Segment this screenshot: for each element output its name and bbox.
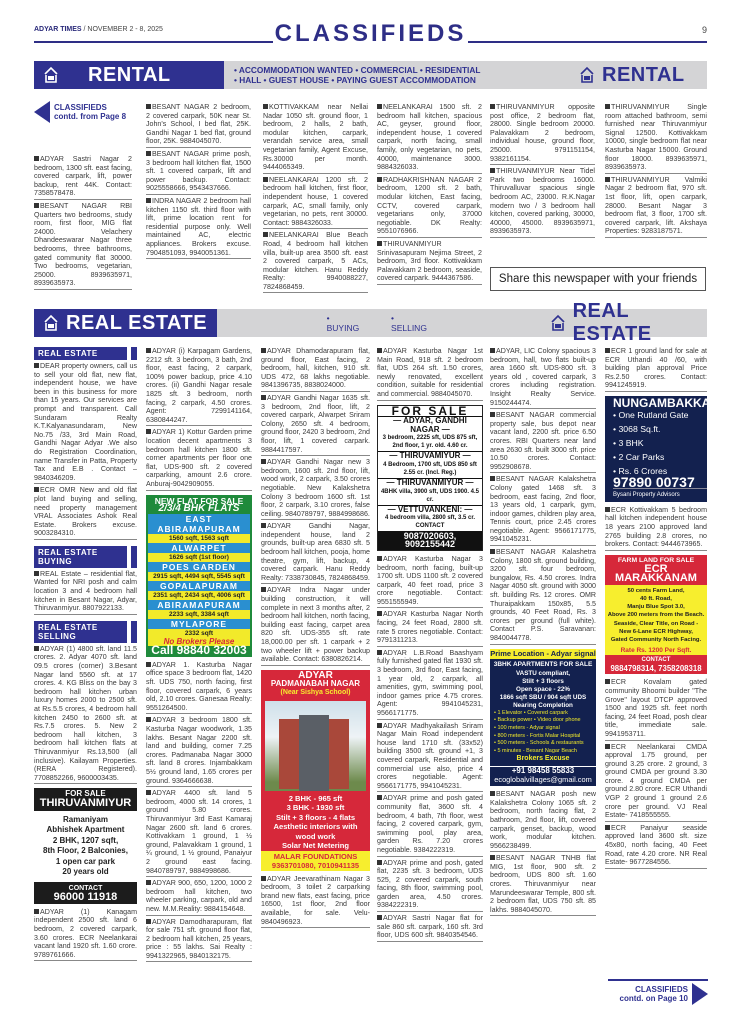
ad-line: Stilt + 3 floors - 4 flats bbox=[261, 813, 370, 823]
classified-ad: ECR Panaiyur seaside approved land 3600 … bbox=[605, 824, 707, 869]
location-detail: 1560 sqft, 1563 sqft bbox=[148, 534, 250, 543]
bullet-square-icon bbox=[377, 860, 382, 865]
classified-ad: RADHAKRISHNAN NAGAR 2 bedroom, 1200 sft.… bbox=[377, 176, 482, 238]
rental-title: RENTAL bbox=[88, 64, 171, 87]
classified-ad: ADYAR Damodharapuram, flat for sale 751 … bbox=[146, 918, 252, 963]
section-heading-selling: REAL ESTATESELLING bbox=[34, 621, 127, 643]
rental-column-6: THIRUVANMIYUR Single room attached bathr… bbox=[605, 103, 707, 240]
classified-ad: ECR Kottivakkam 5 bedroom hall kitchen i… bbox=[605, 506, 707, 551]
ad-line: Solar Net Metering bbox=[261, 841, 370, 851]
classified-ad: ECR OMR New and old flat plot land buyin… bbox=[34, 486, 137, 540]
contd-label: CLASSIFIEDS bbox=[620, 985, 688, 994]
classified-ad: ADYAR 3 bedroom 1800 sft. Kasturba Nagar… bbox=[146, 716, 252, 787]
classified-ad: ADYAR Kasturba Nagar 3 bedroom, north fa… bbox=[377, 555, 483, 609]
share-newspaper-box: Share this newspaper with your friends bbox=[490, 267, 706, 291]
classified-ad: ADYAR Sastri Nagar flat for sale 860 sft… bbox=[377, 914, 483, 942]
ad-line: • 1 Elevator • Covered carpark bbox=[494, 710, 596, 718]
bullet-square-icon bbox=[605, 104, 610, 109]
categories-line-2: • HALL • GUEST HOUSE • PAYING GUEST ACCO… bbox=[234, 75, 534, 85]
bullet-square-icon bbox=[377, 104, 382, 109]
classified-ad: KOTTIVAKKAM near Nellai Nadar 1050 sft. … bbox=[263, 103, 368, 174]
sale-detail: 3 bedroom, 2225 sft, UDS 875 sft, 2nd fl… bbox=[378, 434, 482, 450]
realestate-column-1: REAL ESTATE DEAR property owners, call u… bbox=[34, 347, 137, 963]
bullet-square-icon bbox=[377, 650, 382, 655]
realestate-title: REAL ESTATE bbox=[66, 312, 207, 335]
ad-line: 8th Floor, 2 Balconies, bbox=[34, 846, 137, 857]
realestate-title-right-text: REAL ESTATE bbox=[573, 300, 707, 346]
contd-page: contd. from Page 8 bbox=[54, 112, 126, 121]
ad-line: Seaside, Clear Title, on Road - bbox=[605, 620, 707, 628]
bullet-square-icon bbox=[146, 151, 151, 156]
classified-ad: ECR Kovalam gated community Bhoomi build… bbox=[605, 678, 707, 740]
ad-line: Manju Blue Spot 3.0, bbox=[605, 603, 707, 611]
bullet-square-icon bbox=[377, 795, 382, 800]
classified-ad: BESANT NAGAR Kalashetra Colony, 1800 sft… bbox=[490, 548, 596, 645]
classified-ad: ADYAR, LIC Colony spacious 3 bedroom, ha… bbox=[490, 347, 596, 409]
bullet-square-icon bbox=[605, 744, 610, 749]
house-icon bbox=[549, 314, 567, 332]
bullet-square-icon bbox=[605, 825, 610, 830]
bullet-square-icon bbox=[34, 487, 39, 492]
ad-line: Abhishek Apartment bbox=[34, 825, 137, 836]
ad-line: • 800 meters - Fortis Malar Hospital bbox=[494, 733, 596, 741]
bullet-square-icon bbox=[490, 348, 495, 353]
contd-on-page-10[interactable]: CLASSIFIEDScontd. on Page 10 bbox=[608, 979, 708, 1005]
classified-ad: ADYAR Jeevarathinam Nagar 3 bedroom, 3 t… bbox=[261, 875, 370, 929]
classified-ad: ADYAR Gandhi Nagar, independent house, l… bbox=[261, 522, 370, 584]
ad-line: • 100 meters - Adyar signal bbox=[494, 725, 596, 733]
classified-ad: THIRUVANMIYUR Single room attached bathr… bbox=[605, 103, 707, 174]
realestate-column-4: ADYAR Kasturba Nagar 1st Main Road, 918 … bbox=[377, 347, 483, 944]
ad-line: Open space - 22% bbox=[490, 686, 596, 694]
bullet-square-icon bbox=[377, 611, 382, 616]
classified-ad: ADYAR prime and posh gated community fla… bbox=[377, 794, 483, 856]
bullet-square-icon bbox=[490, 476, 495, 481]
classified-ad: NEELANKARAI 1200 sft. 2 bedroom hall kit… bbox=[263, 176, 368, 230]
classified-ad: DEAR property owners, call us to sell yo… bbox=[34, 362, 137, 484]
classified-ad: THIRUVANMIYUR opposite post office, 2 be… bbox=[490, 103, 595, 165]
bullet-square-icon bbox=[261, 348, 266, 353]
classified-ad: ADYAR 1. Kasturba Nagar office space 3 b… bbox=[146, 661, 252, 715]
ad-line: Stilt + 3 floors bbox=[490, 678, 596, 686]
classified-ad: THIRUVANMIYUR Near Tidel Park two bedroo… bbox=[490, 167, 595, 238]
bullet-square-icon bbox=[146, 919, 151, 924]
realestate-column-3: ADYAR Dhamodarapuram flat, ground floor,… bbox=[261, 347, 370, 930]
realestate-column-6: ECR 1 ground land for sale at ECR Uthand… bbox=[605, 347, 707, 871]
rental-column-4: NEELANKARAI 1500 sft. 2 bedroom hall kit… bbox=[377, 103, 482, 287]
bullet-square-icon bbox=[146, 790, 151, 795]
ad-line: Gated Community North Facing. bbox=[605, 636, 707, 644]
ad-line: 3 BHK - 1930 sft bbox=[261, 803, 370, 813]
bullet-square-icon bbox=[605, 348, 610, 353]
bullet-square-icon bbox=[146, 429, 151, 434]
classified-ad: ADYAR 900, 650, 1200, 1000 2 bedroom hal… bbox=[146, 879, 252, 915]
ad-line: 2 BHK, 1207 sqft, bbox=[34, 836, 137, 847]
classified-ad: BESANT NAGAR posh new Kalakshetra Colony… bbox=[490, 790, 596, 852]
classified-ad: ADYAR L.B.Road Baashyam fully furnished … bbox=[377, 649, 483, 720]
bullet-square-icon bbox=[146, 198, 151, 203]
bullet-square-icon bbox=[263, 232, 268, 237]
location-label: MYLAPORE bbox=[148, 619, 250, 629]
bullet-square-icon bbox=[261, 459, 266, 464]
classified-ad: BESANT NAGAR commercial property sale, b… bbox=[490, 411, 596, 473]
bullet-square-icon bbox=[377, 241, 382, 246]
rental-column-1: ADYAR Sastri Nagar 2 bedroom, 1300 sft. … bbox=[34, 155, 132, 292]
classified-ad: ADYAR Sastri Nagar 2 bedroom, 1300 sft. … bbox=[34, 155, 132, 200]
categories-line-1: • ACCOMMODATION WANTED • COMMERCIAL • RE… bbox=[234, 65, 534, 75]
classified-ad: NEELANKARAI Blue Beach Road, 4 bedroom h… bbox=[263, 231, 368, 293]
bullet-square-icon bbox=[34, 646, 39, 651]
section-heading-buying: REAL ESTATEBUYING bbox=[34, 546, 127, 568]
ad-line: • Backup power • Video door phone bbox=[494, 717, 596, 725]
sale-location: — THIRUVAMIYUR — bbox=[378, 451, 482, 461]
category-buying: • BUYING bbox=[327, 313, 363, 333]
ad-line: 20 years old bbox=[34, 867, 137, 878]
ad-box-thiruvanmiyur-sale: FOR SALE THIRUVANMIYUR RamaniyamAbhishek… bbox=[34, 788, 137, 903]
rental-title-right-text: RENTAL bbox=[602, 64, 685, 87]
realestate-title-right: REAL ESTATE bbox=[549, 300, 707, 346]
page-title: CLASSIFIEDS bbox=[34, 22, 707, 46]
ad-line: 1866 sqft SBU / 904 sqft UDS bbox=[490, 694, 596, 702]
classified-ad: ADYAR (1) 4800 sft. land 11.5 crores. 2.… bbox=[34, 645, 137, 785]
sale-location: — ADYAR, GANDHI NAGAR — bbox=[378, 416, 482, 434]
ad-box-3bhk-adyar-signal: Prime Location - Adyar signal 3BHK APART… bbox=[490, 649, 596, 787]
bullet-square-icon bbox=[490, 855, 495, 860]
classified-ad: ADYAR Gandhi Nagar new 3 bedroom, 1600 s… bbox=[261, 458, 370, 520]
house-icon bbox=[578, 66, 596, 84]
location-detail: 2233 sqft, 3384 sqft bbox=[148, 610, 250, 619]
ad-line: New 6-Lane ECR Highway, bbox=[605, 628, 707, 636]
ad-line: • 3068 Sq.ft. bbox=[613, 422, 707, 436]
ad-line: • 2 Car Parks bbox=[613, 450, 707, 464]
arrow-left-icon bbox=[34, 101, 50, 123]
bullet-square-icon bbox=[605, 679, 610, 684]
bullet-square-icon bbox=[490, 412, 495, 417]
ad-line: 1 open car park bbox=[34, 857, 137, 868]
bullet-square-icon bbox=[146, 662, 151, 667]
bullet-square-icon bbox=[490, 791, 495, 796]
ad-line: • 3 BHK bbox=[613, 436, 707, 450]
location-detail: 2915 sqft, 4494 sqft, 5545 sqft bbox=[148, 572, 250, 581]
bullet-square-icon bbox=[605, 507, 610, 512]
classified-ad: ADYAR prime and posh, gated flat, 2235 s… bbox=[377, 859, 483, 913]
location-label: ABIRAMAPURAM bbox=[148, 600, 250, 610]
section-heading-real-estate: REAL ESTATE bbox=[34, 347, 127, 360]
bullet-square-icon bbox=[261, 395, 266, 400]
sale-detail: 4 bedroom villa, 2800 sft, 3.5 cr. bbox=[378, 514, 482, 522]
classified-ad: BESANT NAGAR TNHB flat MIG, 1st floor, 9… bbox=[490, 854, 596, 916]
location-label: ALWARPET bbox=[148, 543, 250, 553]
classified-ad: REAL Estate – residential flat, Wanted f… bbox=[34, 570, 137, 615]
house-icon bbox=[42, 314, 60, 332]
bullet-square-icon bbox=[490, 549, 495, 554]
bullet-square-icon bbox=[261, 587, 266, 592]
bullet-square-icon bbox=[34, 571, 39, 576]
bullet-square-icon bbox=[377, 348, 382, 353]
rental-column-2: BESANT NAGAR 2 bedroom, 2 covered carpar… bbox=[146, 103, 251, 261]
bullet-square-icon bbox=[34, 156, 39, 161]
contd-label: CLASSIFIEDS bbox=[54, 103, 126, 112]
classified-ad: ADYAR Madhyakailash Sriram Nagar Main Ro… bbox=[377, 722, 483, 793]
classified-ad: ADYAR (i) Karpagam Gardens, 2212 sft. 3 … bbox=[146, 347, 252, 426]
classified-ad: ADYAR Kasturba Nagar 1st Main Road, 918 … bbox=[377, 347, 483, 401]
sale-detail: 4 Bedroom, 1700 sft, UDS 850 sft 2.55 cr… bbox=[378, 461, 482, 477]
ad-line: 50 cents Farm Land, bbox=[605, 587, 707, 595]
location-label: EAST ABIRAMAPURAM bbox=[148, 514, 250, 534]
rental-categories: • ACCOMMODATION WANTED • COMMERCIAL • RE… bbox=[234, 65, 534, 85]
rental-column-3: KOTTIVAKKAM near Nellai Nadar 1050 sft. … bbox=[263, 103, 368, 295]
classified-ad: NEELANKARAI 1500 sft. 2 bedroom hall kit… bbox=[377, 103, 482, 174]
contd-page: contd. on Page 10 bbox=[620, 994, 688, 1003]
classified-ad: BESANT NAGAR Kalakshetra Colony gated 14… bbox=[490, 475, 596, 546]
bullet-square-icon bbox=[261, 876, 266, 881]
bysani-logo: Bysani Property Advisors bbox=[613, 488, 707, 502]
classified-ad: THIRUVANMIYUR Srinivasapuram Nejima Stre… bbox=[377, 240, 482, 285]
bullet-square-icon bbox=[490, 104, 495, 109]
classified-ad: ADYAR Gandhi Nagar 1635 sft. 3 bedroom, … bbox=[261, 394, 370, 456]
ad-line: Above 200 meters from the Beach. bbox=[605, 611, 707, 619]
ad-line: Aesthetic interiors with bbox=[261, 822, 370, 832]
classified-ad: THIRUVANMIYUR Valmiki Nagar 2 bedroom fl… bbox=[605, 176, 707, 238]
realestate-column-5: ADYAR, LIC Colony spacious 3 bedroom, ha… bbox=[490, 347, 596, 918]
bullet-square-icon bbox=[377, 177, 382, 182]
bullet-square-icon bbox=[146, 348, 151, 353]
building-photo bbox=[265, 701, 366, 791]
bullet-square-icon bbox=[261, 523, 266, 528]
bullet-square-icon bbox=[34, 909, 39, 914]
classified-ad: ECR 1 ground land for sale at ECR Uthand… bbox=[605, 347, 707, 392]
arrow-right-icon bbox=[692, 983, 708, 1005]
sale-location: — THIRUVANMIYUR — bbox=[378, 478, 482, 488]
bullet-square-icon bbox=[146, 104, 151, 109]
rental-title-block: RENTAL bbox=[34, 61, 224, 89]
rental-title-right: RENTAL bbox=[578, 64, 685, 87]
ad-box-new-flat-for-sale: NEW FLAT FOR SALE 2/3/4 BHK FLATS EAST A… bbox=[146, 495, 252, 657]
bullet-square-icon bbox=[34, 363, 39, 368]
ad-box-for-sale-adyar: FOR SALE — ADYAR, GANDHI NAGAR —3 bedroo… bbox=[377, 405, 483, 551]
classified-ad: BESANT NAGAR RBI Quarters two bedrooms, … bbox=[34, 202, 132, 290]
classified-ad: ADYAR 4400 sft. land 5 bedroom, 4000 sft… bbox=[146, 789, 252, 877]
ad-line: 40 ft. Road, bbox=[605, 595, 707, 603]
classified-ad: BESANT NAGAR 2 bedroom, 2 covered carpar… bbox=[146, 103, 251, 148]
location-detail: 1626 sqft (1st floor) bbox=[148, 553, 250, 562]
ad-box-padmanabah-nagar: ADYAR PADMANABAH NAGAR (Near Sishya Scho… bbox=[261, 670, 370, 871]
bullet-square-icon bbox=[146, 880, 151, 885]
category-selling: • SELLING bbox=[391, 313, 431, 333]
ad-line: • 500 meters - Schools & restaurants bbox=[494, 740, 596, 748]
ad-box-nungambakkam: NUNGAMBAKKAM • One Rutland Gate• 3068 Sq… bbox=[605, 396, 707, 502]
house-icon bbox=[42, 66, 60, 84]
ad-line: wood work bbox=[261, 832, 370, 842]
ad-line: VASTU compliant, bbox=[490, 670, 596, 678]
bullet-square-icon bbox=[263, 104, 268, 109]
bullet-square-icon bbox=[263, 177, 268, 182]
ad-box-ecr-marakkanam: FARM LAND FOR SALE ECR MARAKKANAM 50 cen… bbox=[605, 555, 707, 675]
ad-line: Ramaniyam bbox=[34, 815, 137, 826]
classified-ad: INDRA NAGAR 2 bedroom hall kitchen 1150 … bbox=[146, 197, 251, 259]
page-header: ADYAR TIMES / NOVEMBER 2 - 8, 2025 CLASS… bbox=[34, 22, 707, 46]
ad-line: • 5 minutes - Besant Nagar Beach bbox=[494, 748, 596, 756]
classified-ad: BESANT NAGAR prime posh, 3 bedroom hall … bbox=[146, 150, 251, 195]
classified-ad: ECR Neelankarai CMDA approval 1.75 groun… bbox=[605, 743, 707, 822]
realestate-title-block: REAL ESTATE bbox=[34, 309, 217, 337]
location-detail: 2351 sqft, 2434 sqft, 4006 sqft bbox=[148, 591, 250, 600]
ad-line: Nearing Completion bbox=[490, 702, 596, 710]
bullet-square-icon bbox=[377, 915, 382, 920]
classified-ad: ADYAR Indra Nagar under building constru… bbox=[261, 586, 370, 665]
location-label: POES GARDEN bbox=[148, 562, 250, 572]
classified-ad: ADYAR Kasturba Nagar North facing, 24 fe… bbox=[377, 610, 483, 646]
location-label: GOPALAPURAM bbox=[148, 581, 250, 591]
bullet-square-icon bbox=[377, 556, 382, 561]
classified-ad: ADYAR Dhamodarapuram flat, ground floor,… bbox=[261, 347, 370, 392]
page-number: 9 bbox=[702, 25, 707, 35]
bullet-square-icon bbox=[34, 203, 39, 208]
classified-ad: ADYAR 1) Kottur Garden prime location de… bbox=[146, 428, 252, 490]
realestate-column-2: ADYAR (i) Karpagam Gardens, 2212 sft. 3 … bbox=[146, 347, 252, 964]
bullet-square-icon bbox=[146, 717, 151, 722]
bullet-square-icon bbox=[490, 168, 495, 173]
ad-line: 2 BHK - 965 sft bbox=[261, 794, 370, 804]
bullet-square-icon bbox=[605, 177, 610, 182]
rental-column-5: THIRUVANMIYUR opposite post office, 2 be… bbox=[490, 103, 595, 240]
sale-location: — VETTUVANKENI: — bbox=[378, 505, 482, 515]
sale-detail: 4BHK villa, 3900 sft, UDS 1900. 4.5 cr. bbox=[378, 488, 482, 504]
rental-section-band: RENTAL • ACCOMMODATION WANTED • COMMERCI… bbox=[34, 61, 707, 89]
contd-from-page-8[interactable]: CLASSIFIEDScontd. from Page 8 bbox=[34, 101, 126, 123]
classified-ad: ADYAR (1) Kanagam independent 2500 sft. … bbox=[34, 908, 137, 962]
realestate-section-band: REAL ESTATE • BUYING • SELLING REAL ESTA… bbox=[34, 309, 707, 337]
bullet-square-icon bbox=[377, 723, 382, 728]
